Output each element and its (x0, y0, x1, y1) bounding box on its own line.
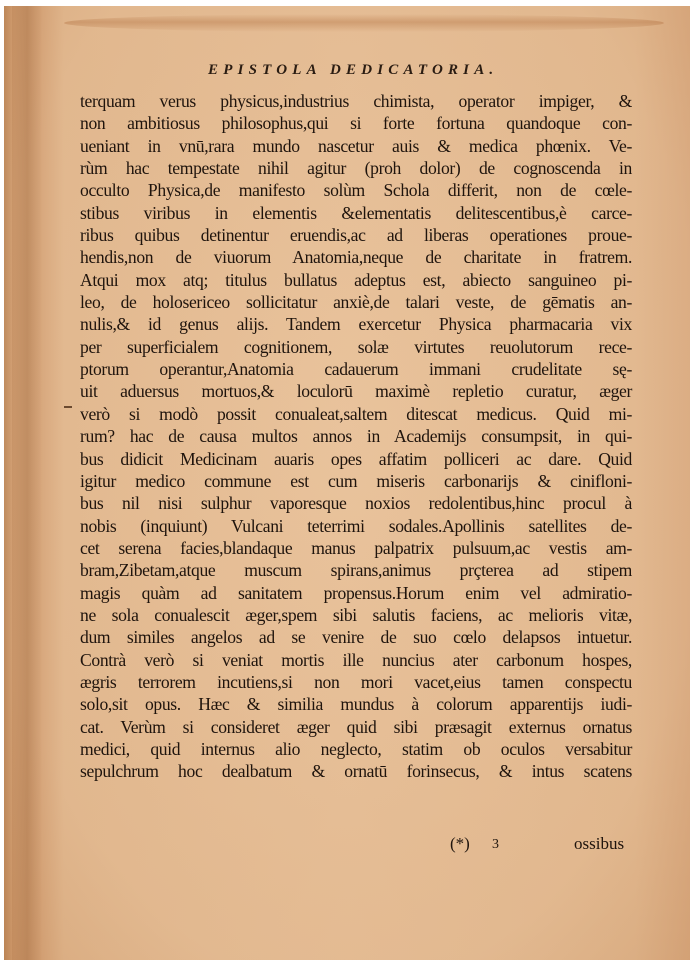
text-line: verò si modò possit conualeat,saltem dit… (80, 403, 632, 425)
text-line: nulis,& id genus alijs. Tandem exercetur… (80, 313, 632, 335)
signature-mark: (*) (450, 834, 470, 854)
text-line: Atqui mox atq; titulus bullatus adeptus … (80, 269, 632, 291)
text-line: bus didicit Medicinam auaris opes affati… (80, 448, 632, 470)
text-line: magis quàm ad sanitatem propensus.Horum … (80, 582, 632, 604)
text-line: rum? hac de causa multos annos in Academ… (80, 425, 632, 447)
text-line: rùm hac tempestate nihil agitur (proh do… (80, 157, 632, 179)
text-line: solo,sit opus. Hæc & similia mundus à co… (80, 693, 632, 715)
text-line: cet serena facies,blandaque manus palpat… (80, 537, 632, 559)
text-line: igitur medico commune est cum miseris ca… (80, 470, 632, 492)
text-line: bus nil nisi sulphur vaporesque noxios r… (80, 492, 632, 514)
page-number: 3 (492, 837, 499, 853)
text-line: cat. Verùm si consideret æger quid sibi … (80, 716, 632, 738)
text-line: stibus viribus in elementis &elementatis… (80, 202, 632, 224)
catchword: ossibus (574, 834, 624, 854)
text-line: ne sola conualescit æger,spem sibi salut… (80, 604, 632, 626)
text-line: ægris terrorem incutiens,si non mori vac… (80, 671, 632, 693)
text-line: leo, de holosericeo sollicitatur anxiè,d… (80, 291, 632, 313)
text-line: sepulchrum hoc dealbatum & ornatū forins… (80, 760, 632, 782)
water-stain-top (64, 14, 664, 32)
text-line: ribus quibus detinentur eruendis,ac ad l… (80, 224, 632, 246)
binding-shadow-left (12, 6, 42, 960)
book-page: EPISTOLA DEDICATORIA. terquam verus phys… (4, 6, 690, 960)
text-line: terquam verus physicus,industrius chimis… (80, 90, 632, 112)
text-line: ueniant in vnū,rara mundo nascetur auis … (80, 135, 632, 157)
text-line: occulto Physica,de manifesto solùm Schol… (80, 179, 632, 201)
text-line: ptorum operantur,Anatomia cadauerum imma… (80, 358, 632, 380)
text-line: dum similes angelos ad se venire de suo … (80, 626, 632, 648)
text-line: per superficialem cognitionem, solæ virt… (80, 336, 632, 358)
text-line: medici, quid internus alio neglecto, sta… (80, 738, 632, 760)
margin-mark (64, 406, 72, 408)
text-line: bram,Zibetam,atque muscum spirans,animus… (80, 559, 632, 581)
running-head: EPISTOLA DEDICATORIA. (208, 62, 538, 79)
text-line: non ambitiosus philosophus,qui si forte … (80, 112, 632, 134)
text-line: uit aduersus mortuos,& loculorū maximè r… (80, 380, 632, 402)
text-line: hendis,non de viuorum Anatomia,neque de … (80, 246, 632, 268)
text-line: Contrà verò si veniat mortis ille nunciu… (80, 649, 632, 671)
body-text: terquam verus physicus,industrius chimis… (80, 90, 632, 783)
text-line: nobis (inquiunt) Vulcani teterrimi sodal… (80, 515, 632, 537)
